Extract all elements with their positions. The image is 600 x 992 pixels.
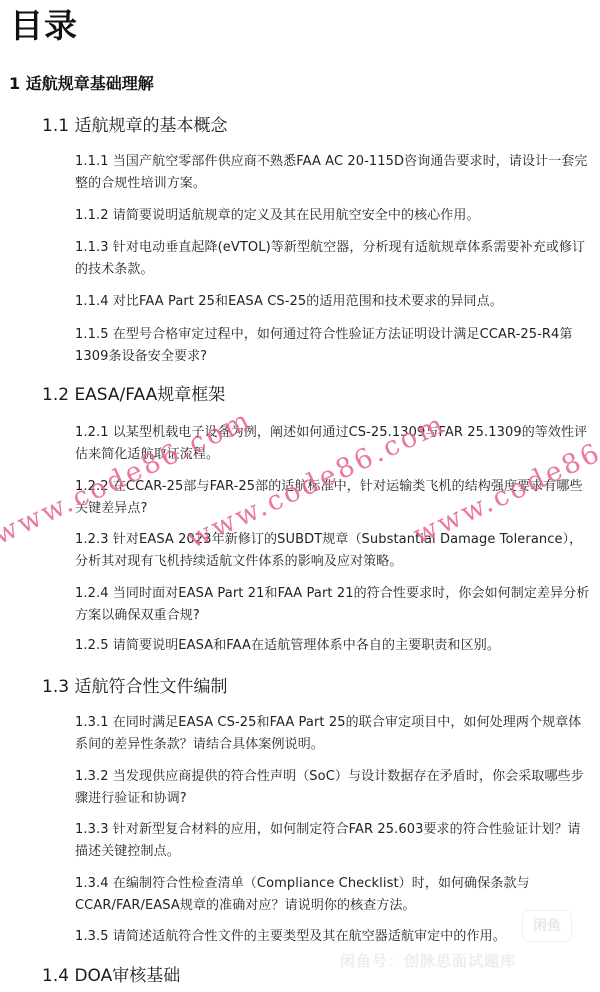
- question-1-1-3: 1.1.3 针对电动垂直起降(eVTOL)等新型航空器，分析现有适航规章体系需要…: [75, 237, 590, 281]
- question-1-2-3: 1.2.3 针对EASA 2023年新修订的SUBDT规章（Substantia…: [75, 529, 590, 573]
- question-1-1-1: 1.1.1 当国产航空零部件供应商不熟悉FAA AC 20-115D咨询通告要求…: [75, 151, 590, 195]
- section-heading-1-3: 1.3 适航符合性文件编制: [42, 675, 227, 699]
- question-1-1-2: 1.1.2 请简要说明适航规章的定义及其在民用航空安全中的核心作用。: [75, 205, 590, 227]
- question-1-2-1: 1.2.1 以某型机载电子设备为例，阐述如何通过CS-25.1309与FAR 2…: [75, 422, 590, 466]
- section-heading-1-2: 1.2 EASA/FAA规章框架: [42, 383, 225, 407]
- question-1-2-5: 1.2.5 请简要说明EASA和FAA在适航管理体系中各自的主要职责和区别。: [75, 635, 590, 657]
- question-1-3-5: 1.3.5 请简述适航符合性文件的主要类型及其在航空器适航审定中的作用。: [75, 926, 590, 948]
- question-1-3-2: 1.3.2 当发现供应商提供的符合性声明（SoC）与设计数据存在矛盾时，你会采取…: [75, 766, 590, 810]
- section-heading-1-1: 1.1 适航规章的基本概念: [42, 114, 227, 138]
- question-1-1-4: 1.1.4 对比FAA Part 25和EASA CS-25的适用范围和技术要求…: [75, 291, 590, 313]
- page-title: 目录: [10, 6, 78, 46]
- question-1-3-1: 1.3.1 在同时满足EASA CS-25和FAA Part 25的联合审定项目…: [75, 712, 590, 756]
- xianyu-caption: 闲鱼号：创脉思面试题库: [340, 950, 516, 971]
- question-1-2-4: 1.2.4 当同时面对EASA Part 21和FAA Part 21的符合性要…: [75, 583, 590, 627]
- chapter-heading: 1 适航规章基础理解: [9, 73, 154, 95]
- question-1-3-4: 1.3.4 在编制符合性检查清单（Compliance Checklist）时，…: [75, 873, 590, 917]
- question-1-1-5: 1.1.5 在型号合格审定过程中，如何通过符合性验证方法证明设计满足CCAR-2…: [75, 324, 590, 368]
- xianyu-badge: 闲鱼: [522, 910, 572, 942]
- question-1-3-3: 1.3.3 针对新型复合材料的应用，如何制定符合FAR 25.603要求的符合性…: [75, 819, 590, 863]
- section-heading-1-4: 1.4 DOA审核基础: [42, 964, 180, 988]
- question-1-2-2: 1.2.2 在CCAR-25部与FAR-25部的适航标准中，针对运输类飞机的结构…: [75, 476, 590, 520]
